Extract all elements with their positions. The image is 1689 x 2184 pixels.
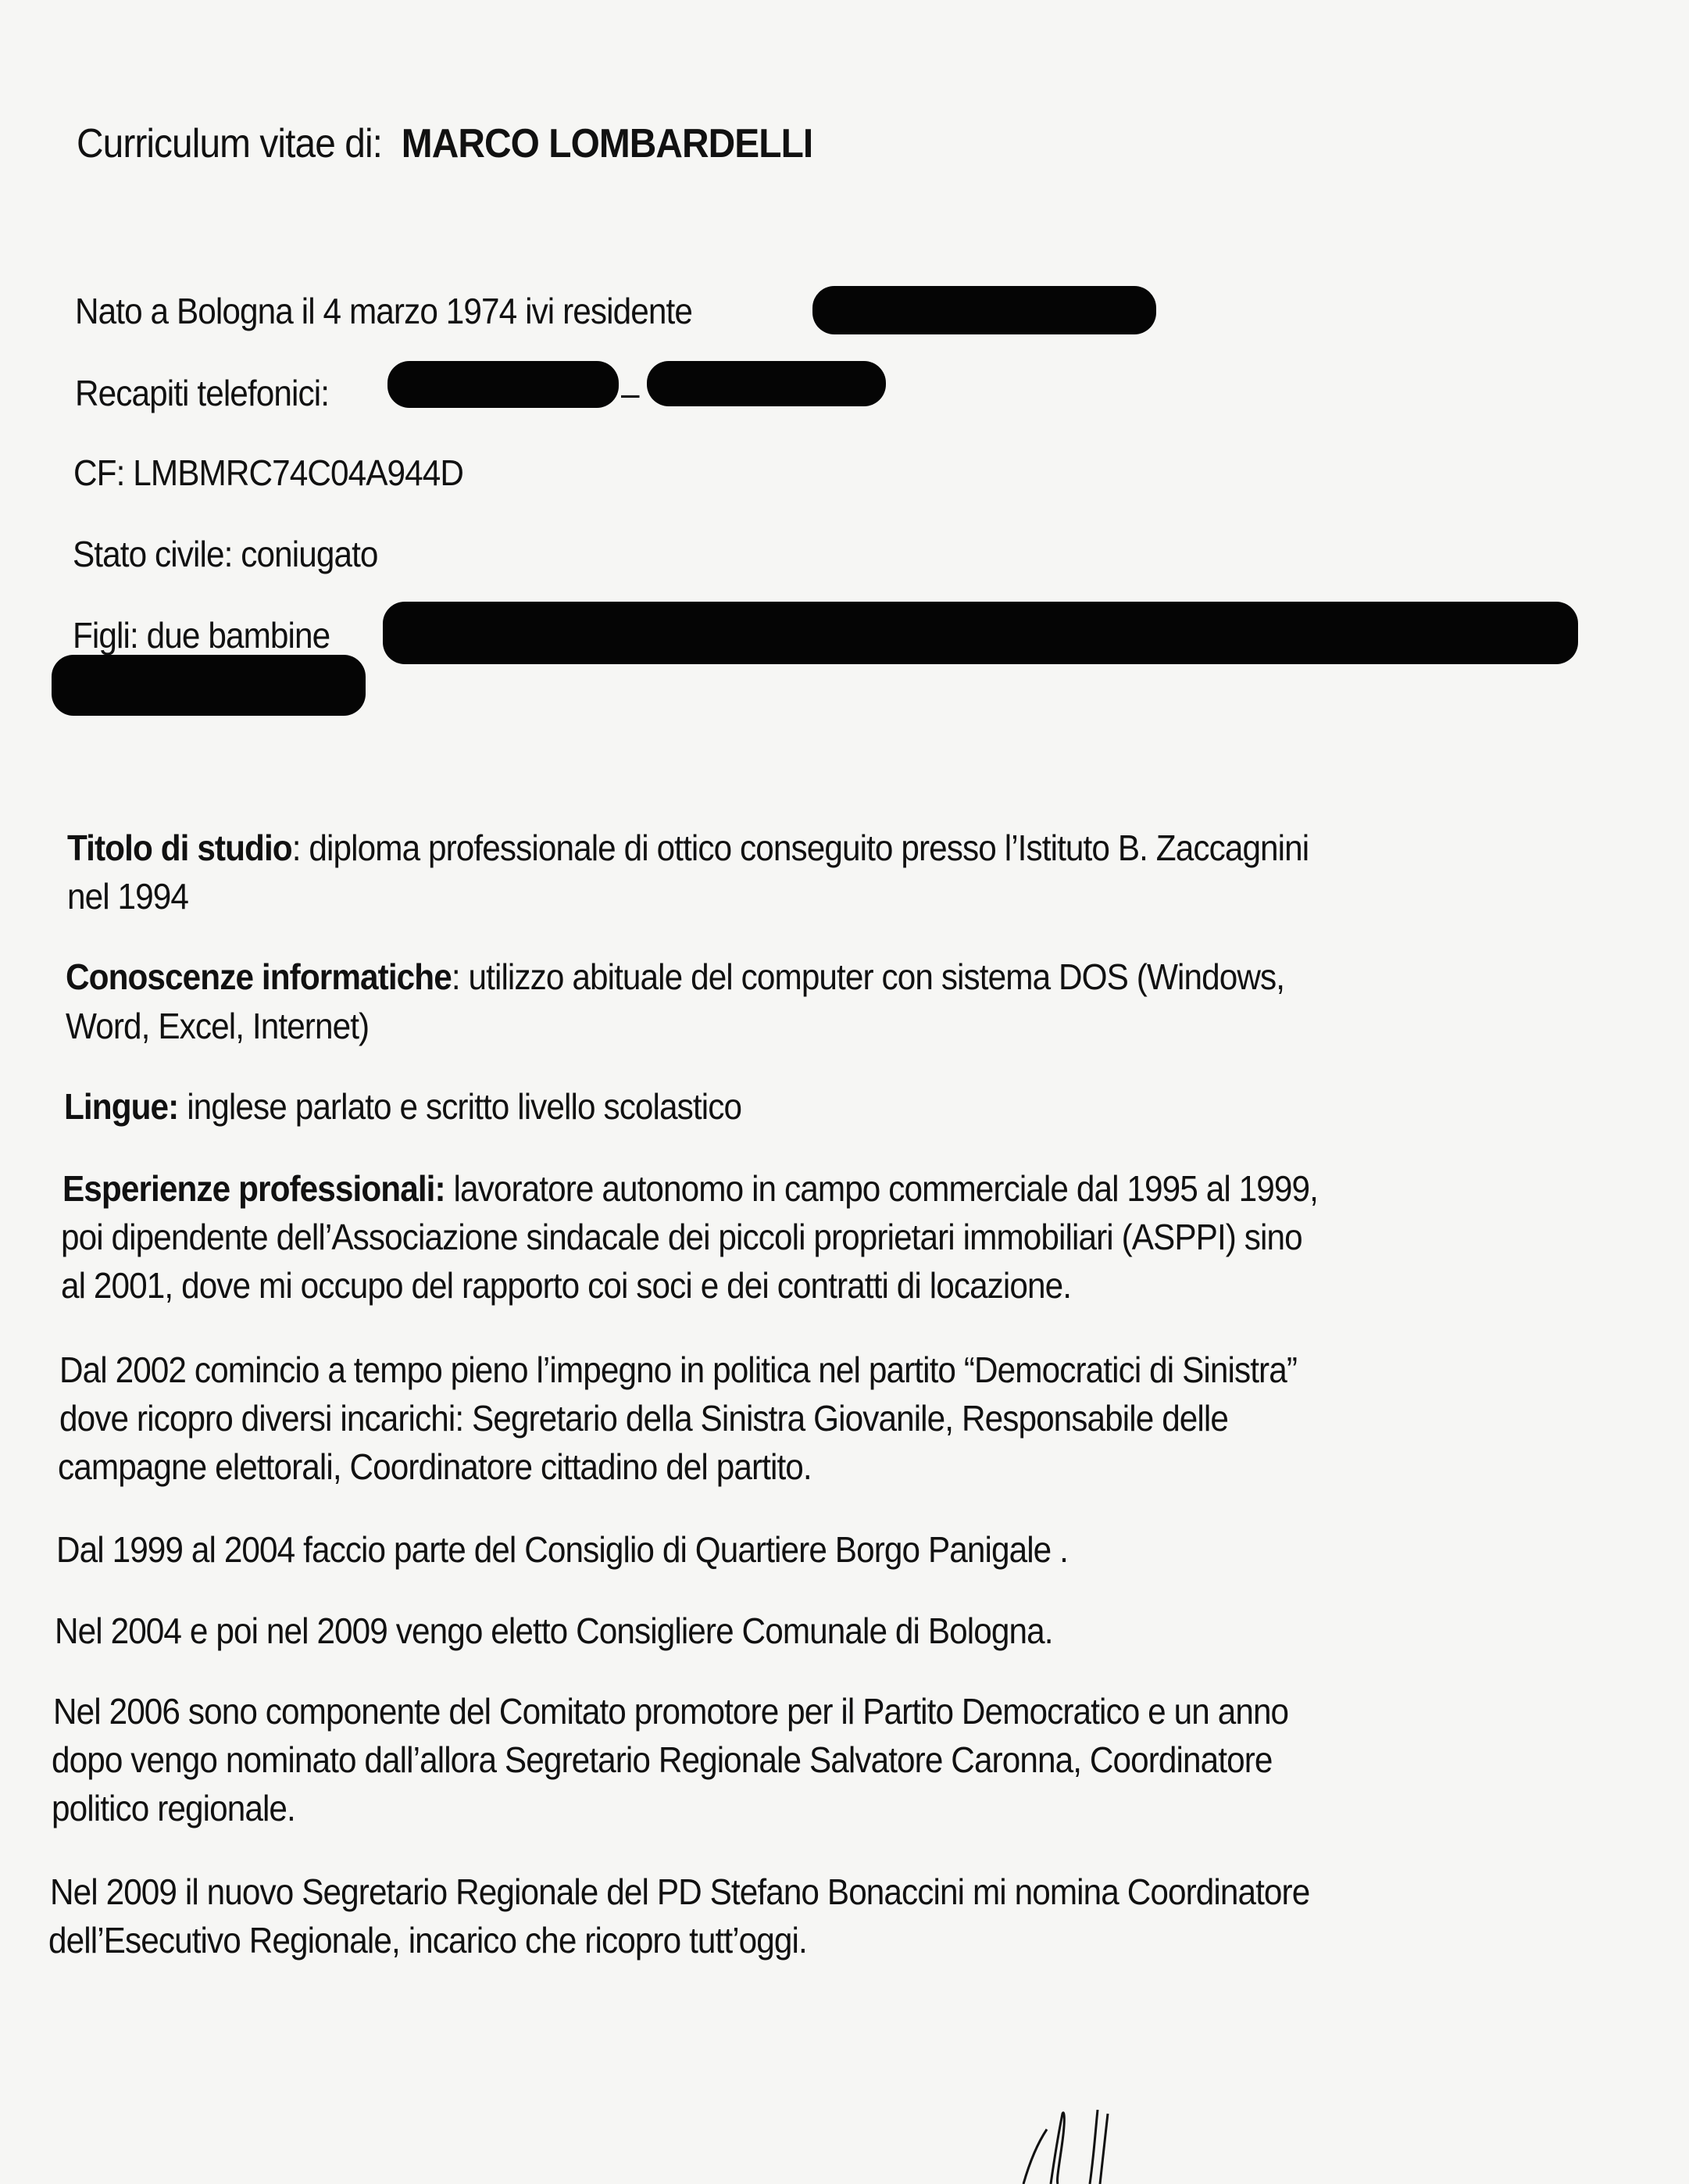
lingue-line: Lingue: inglese parlato e scritto livell…	[64, 1088, 741, 1124]
info-line-1: Conoscenze informatiche: utilizzo abitua…	[66, 959, 1284, 995]
para-5-line-2: dell’Esecutivo Regionale, incarico che r…	[48, 1922, 807, 1958]
para-4-line-2: dopo vengo nominato dall’allora Segretar…	[52, 1742, 1273, 1778]
info-text: : utilizzo abituale del computer con sis…	[452, 956, 1284, 997]
info-line-2: Word, Excel, Internet)	[66, 1008, 369, 1044]
person-name: MARCO LOMBARDELLI	[402, 121, 812, 166]
esp-line-1: Esperienze professionali: lavoratore aut…	[62, 1171, 1318, 1206]
birth-line: Nato a Bologna il 4 marzo 1974 ivi resid…	[75, 293, 692, 329]
redaction-phone-1	[387, 361, 619, 408]
esp-text: lavoratore autonomo in campo commerciale…	[445, 1168, 1318, 1209]
para-4-line-3: politico regionale.	[52, 1790, 295, 1826]
para-4-line-1: Nel 2006 sono componente del Comitato pr…	[53, 1693, 1288, 1729]
info-label: Conoscenze informatiche	[66, 956, 452, 997]
para-1-line-1: Dal 2002 comincio a tempo pieno l’impegn…	[59, 1352, 1297, 1388]
studio-line-1: Titolo di studio: diploma professionale …	[67, 830, 1309, 866]
redaction-address	[812, 286, 1156, 334]
para-2: Dal 1999 al 2004 faccio parte del Consig…	[56, 1532, 1068, 1567]
phone-label: Recapiti telefonici:	[75, 373, 329, 413]
redaction-phone-2	[647, 361, 886, 406]
cf-line: CF: LMBMRC74C04A944D	[73, 455, 463, 491]
phone-line: Recapiti telefonici:	[75, 375, 329, 411]
lingue-text: inglese parlato e scritto livello scolas…	[178, 1086, 741, 1127]
para-1-line-2: dove ricopro diversi incarichi: Segretar…	[59, 1400, 1228, 1436]
para-5-line-1: Nel 2009 il nuovo Segretario Regionale d…	[50, 1874, 1309, 1910]
children-line: Figli: due bambine	[73, 617, 330, 653]
esp-line-2: poi dipendente dell’Associazione sindaca…	[61, 1219, 1302, 1255]
studio-label: Titolo di studio	[67, 827, 292, 868]
para-1-line-3: campagne elettorali, Coordinatore cittad…	[58, 1449, 812, 1485]
para-3: Nel 2004 e poi nel 2009 vengo eletto Con…	[55, 1613, 1053, 1649]
cv-title: Curriculum vitae di: MARCO LOMBARDELLI	[77, 123, 812, 164]
studio-line-2: nel 1994	[67, 878, 188, 914]
redaction-children-2	[52, 655, 366, 716]
redaction-children-1	[383, 602, 1578, 664]
lingue-label: Lingue:	[64, 1086, 178, 1127]
phone-separator: –	[621, 375, 639, 411]
signature	[1008, 2110, 1133, 2184]
esp-line-3: al 2001, dove mi occupo del rapporto coi…	[61, 1267, 1071, 1303]
studio-text: : diploma professionale di ottico conseg…	[292, 827, 1309, 868]
title-prefix: Curriculum vitae di:	[77, 121, 382, 166]
marital-status-line: Stato civile: coniugato	[73, 536, 378, 572]
esp-label: Esperienze professionali:	[62, 1168, 445, 1209]
